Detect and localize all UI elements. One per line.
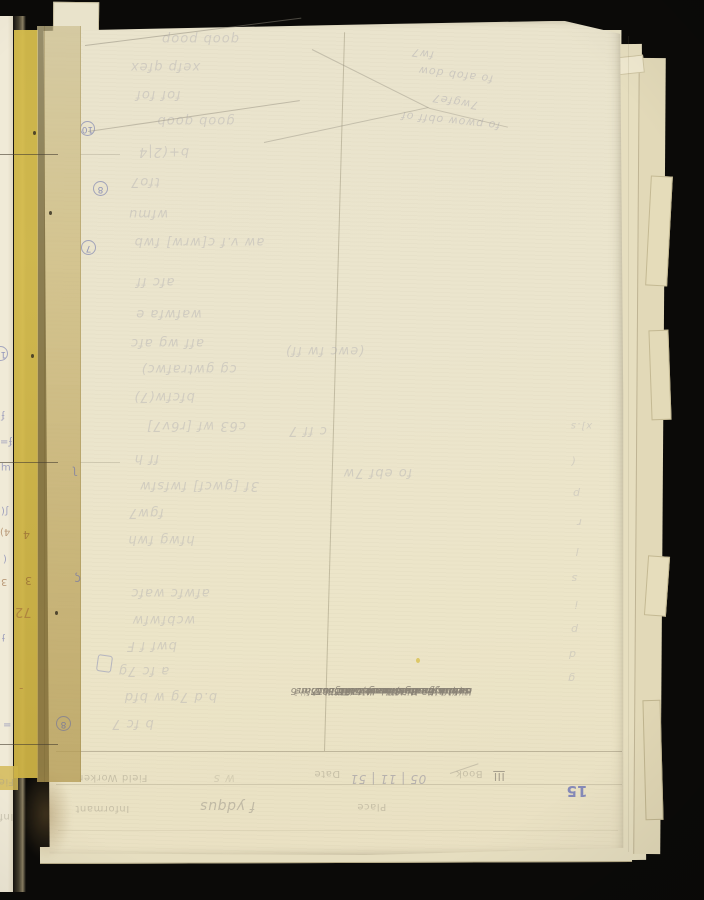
adjacent-page-edge [0, 16, 14, 892]
notebook-scan: Puk. wa obv iii.10.7gadman weks 176'sesu… [0, 0, 704, 900]
tape-strip-bright [14, 30, 38, 778]
torn-page-tab [642, 700, 663, 820]
notebook-page [42, 20, 626, 857]
torn-page-tab [644, 555, 670, 616]
tape-crease-line [44, 26, 45, 782]
torn-page-tab [648, 330, 671, 421]
torn-page-tab [645, 175, 673, 286]
